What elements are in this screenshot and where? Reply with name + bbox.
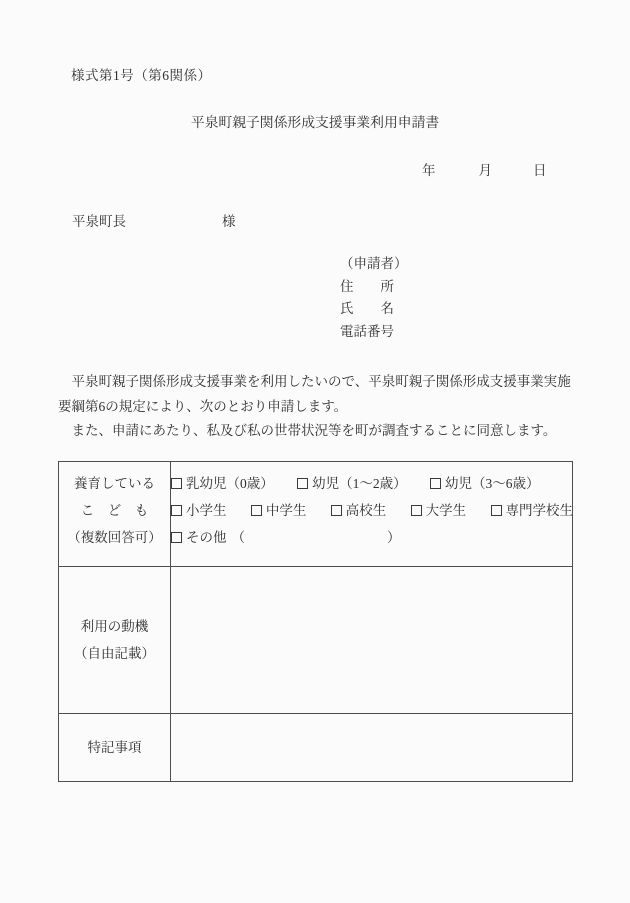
applicant-address-row[interactable]: 住 所 bbox=[340, 276, 408, 299]
page-title: 平泉町親子関係形成支援事業利用申請書 bbox=[0, 111, 630, 131]
declaration-line-3: また、申請にあたり、私及び私の世帯状況等を町が調査することに同意します。 bbox=[58, 419, 574, 444]
children-label-line-2: こ ど も bbox=[59, 497, 170, 524]
month-label: 月 bbox=[479, 163, 493, 178]
checkbox-high-school-student[interactable]: 高校生 bbox=[331, 503, 387, 518]
checkbox-label: 乳幼児（0歳） bbox=[186, 476, 274, 491]
notes-label-cell: 特記事項 bbox=[59, 714, 171, 782]
checkbox-icon bbox=[171, 478, 182, 489]
applicant-section: （申請者） 住 所 氏 名 電話番号 bbox=[340, 253, 408, 343]
checkbox-icon bbox=[251, 505, 262, 516]
addressee-line: 平泉町長様 bbox=[72, 210, 236, 230]
checkbox-junior-high-student[interactable]: 中学生 bbox=[251, 503, 307, 518]
checkbox-icon bbox=[171, 505, 182, 516]
form-number: 様式第1号（第6関係） bbox=[71, 64, 212, 84]
children-row: 養育している こ ど も （複数回答可） 乳幼児（0歳） 幼児（1～2歳） 幼児… bbox=[59, 462, 573, 567]
children-checkbox-cell: 乳幼児（0歳） 幼児（1～2歳） 幼児（3～6歳） 小学生 中学生 高校生 大学… bbox=[171, 462, 573, 567]
applicant-heading: （申請者） bbox=[340, 253, 408, 276]
day-label: 日 bbox=[533, 163, 547, 178]
addressee-honorific: 様 bbox=[222, 214, 236, 229]
year-label: 年 bbox=[422, 163, 436, 178]
motive-label-line-2: （自由記載） bbox=[59, 640, 170, 667]
checkbox-university-student[interactable]: 大学生 bbox=[411, 503, 467, 518]
checkbox-icon bbox=[171, 532, 182, 543]
checkbox-line-1: 乳幼児（0歳） 幼児（1～2歳） 幼児（3～6歳） bbox=[171, 470, 572, 497]
application-table: 養育している こ ど も （複数回答可） 乳幼児（0歳） 幼児（1～2歳） 幼児… bbox=[58, 461, 573, 782]
checkbox-label: その他 bbox=[186, 530, 227, 545]
address-label: 住 所 bbox=[340, 279, 394, 294]
children-label-cell: 養育している こ ど も （複数回答可） bbox=[59, 462, 171, 567]
checkbox-icon bbox=[331, 505, 342, 516]
checkbox-other[interactable]: その他 bbox=[171, 530, 227, 545]
phone-label: 電話番号 bbox=[340, 324, 394, 339]
other-paren-close: ） bbox=[387, 530, 401, 545]
motive-row: 利用の動機 （自由記載） bbox=[59, 567, 573, 714]
other-paren-open: （ bbox=[232, 530, 246, 545]
checkbox-toddler-age1-2[interactable]: 幼児（1～2歳） bbox=[297, 476, 407, 491]
notes-input-area[interactable] bbox=[171, 714, 573, 782]
checkbox-label: 中学生 bbox=[266, 503, 307, 518]
checkbox-label: 専門学校生 bbox=[506, 503, 574, 518]
declaration-line-2: 要綱第6の規定により、次のとおり申請します。 bbox=[58, 395, 574, 420]
checkbox-icon bbox=[411, 505, 422, 516]
checkbox-child-age3-6[interactable]: 幼児（3～6歳） bbox=[430, 476, 540, 491]
checkbox-icon bbox=[297, 478, 308, 489]
notes-label: 特記事項 bbox=[59, 734, 170, 761]
checkbox-label: 幼児（1～2歳） bbox=[312, 476, 407, 491]
checkbox-label: 大学生 bbox=[426, 503, 467, 518]
applicant-phone-row[interactable]: 電話番号 bbox=[340, 321, 408, 344]
checkbox-line-3: その他（） bbox=[171, 524, 572, 551]
motive-input-area[interactable] bbox=[171, 567, 573, 714]
checkbox-vocational-student[interactable]: 専門学校生 bbox=[491, 503, 574, 518]
declaration-text: 平泉町親子関係形成支援事業を利用したいので、平泉町親子関係形成支援事業実施 要綱… bbox=[58, 370, 574, 444]
checkbox-label: 小学生 bbox=[186, 503, 227, 518]
children-label-line-1: 養育している bbox=[59, 470, 170, 497]
addressee-name: 平泉町長 bbox=[72, 214, 126, 229]
name-label: 氏 名 bbox=[340, 301, 394, 316]
notes-row: 特記事項 bbox=[59, 714, 573, 782]
checkbox-infant-age0[interactable]: 乳幼児（0歳） bbox=[171, 476, 274, 491]
declaration-line-1: 平泉町親子関係形成支援事業を利用したいので、平泉町親子関係形成支援事業実施 bbox=[58, 370, 574, 395]
checkbox-icon bbox=[491, 505, 502, 516]
checkbox-label: 幼児（3～6歳） bbox=[445, 476, 540, 491]
motive-label-cell: 利用の動機 （自由記載） bbox=[59, 567, 171, 714]
checkbox-label: 高校生 bbox=[346, 503, 387, 518]
motive-label-line-1: 利用の動機 bbox=[59, 613, 170, 640]
applicant-name-row[interactable]: 氏 名 bbox=[340, 298, 408, 321]
date-line[interactable]: 年月日 bbox=[422, 159, 547, 179]
checkbox-icon bbox=[430, 478, 441, 489]
children-label-line-3: （複数回答可） bbox=[59, 524, 170, 551]
application-form-page: 様式第1号（第6関係） 平泉町親子関係形成支援事業利用申請書 年月日 平泉町長様… bbox=[0, 0, 630, 903]
checkbox-elementary-student[interactable]: 小学生 bbox=[171, 503, 227, 518]
checkbox-line-2: 小学生 中学生 高校生 大学生 専門学校生 bbox=[171, 497, 572, 524]
